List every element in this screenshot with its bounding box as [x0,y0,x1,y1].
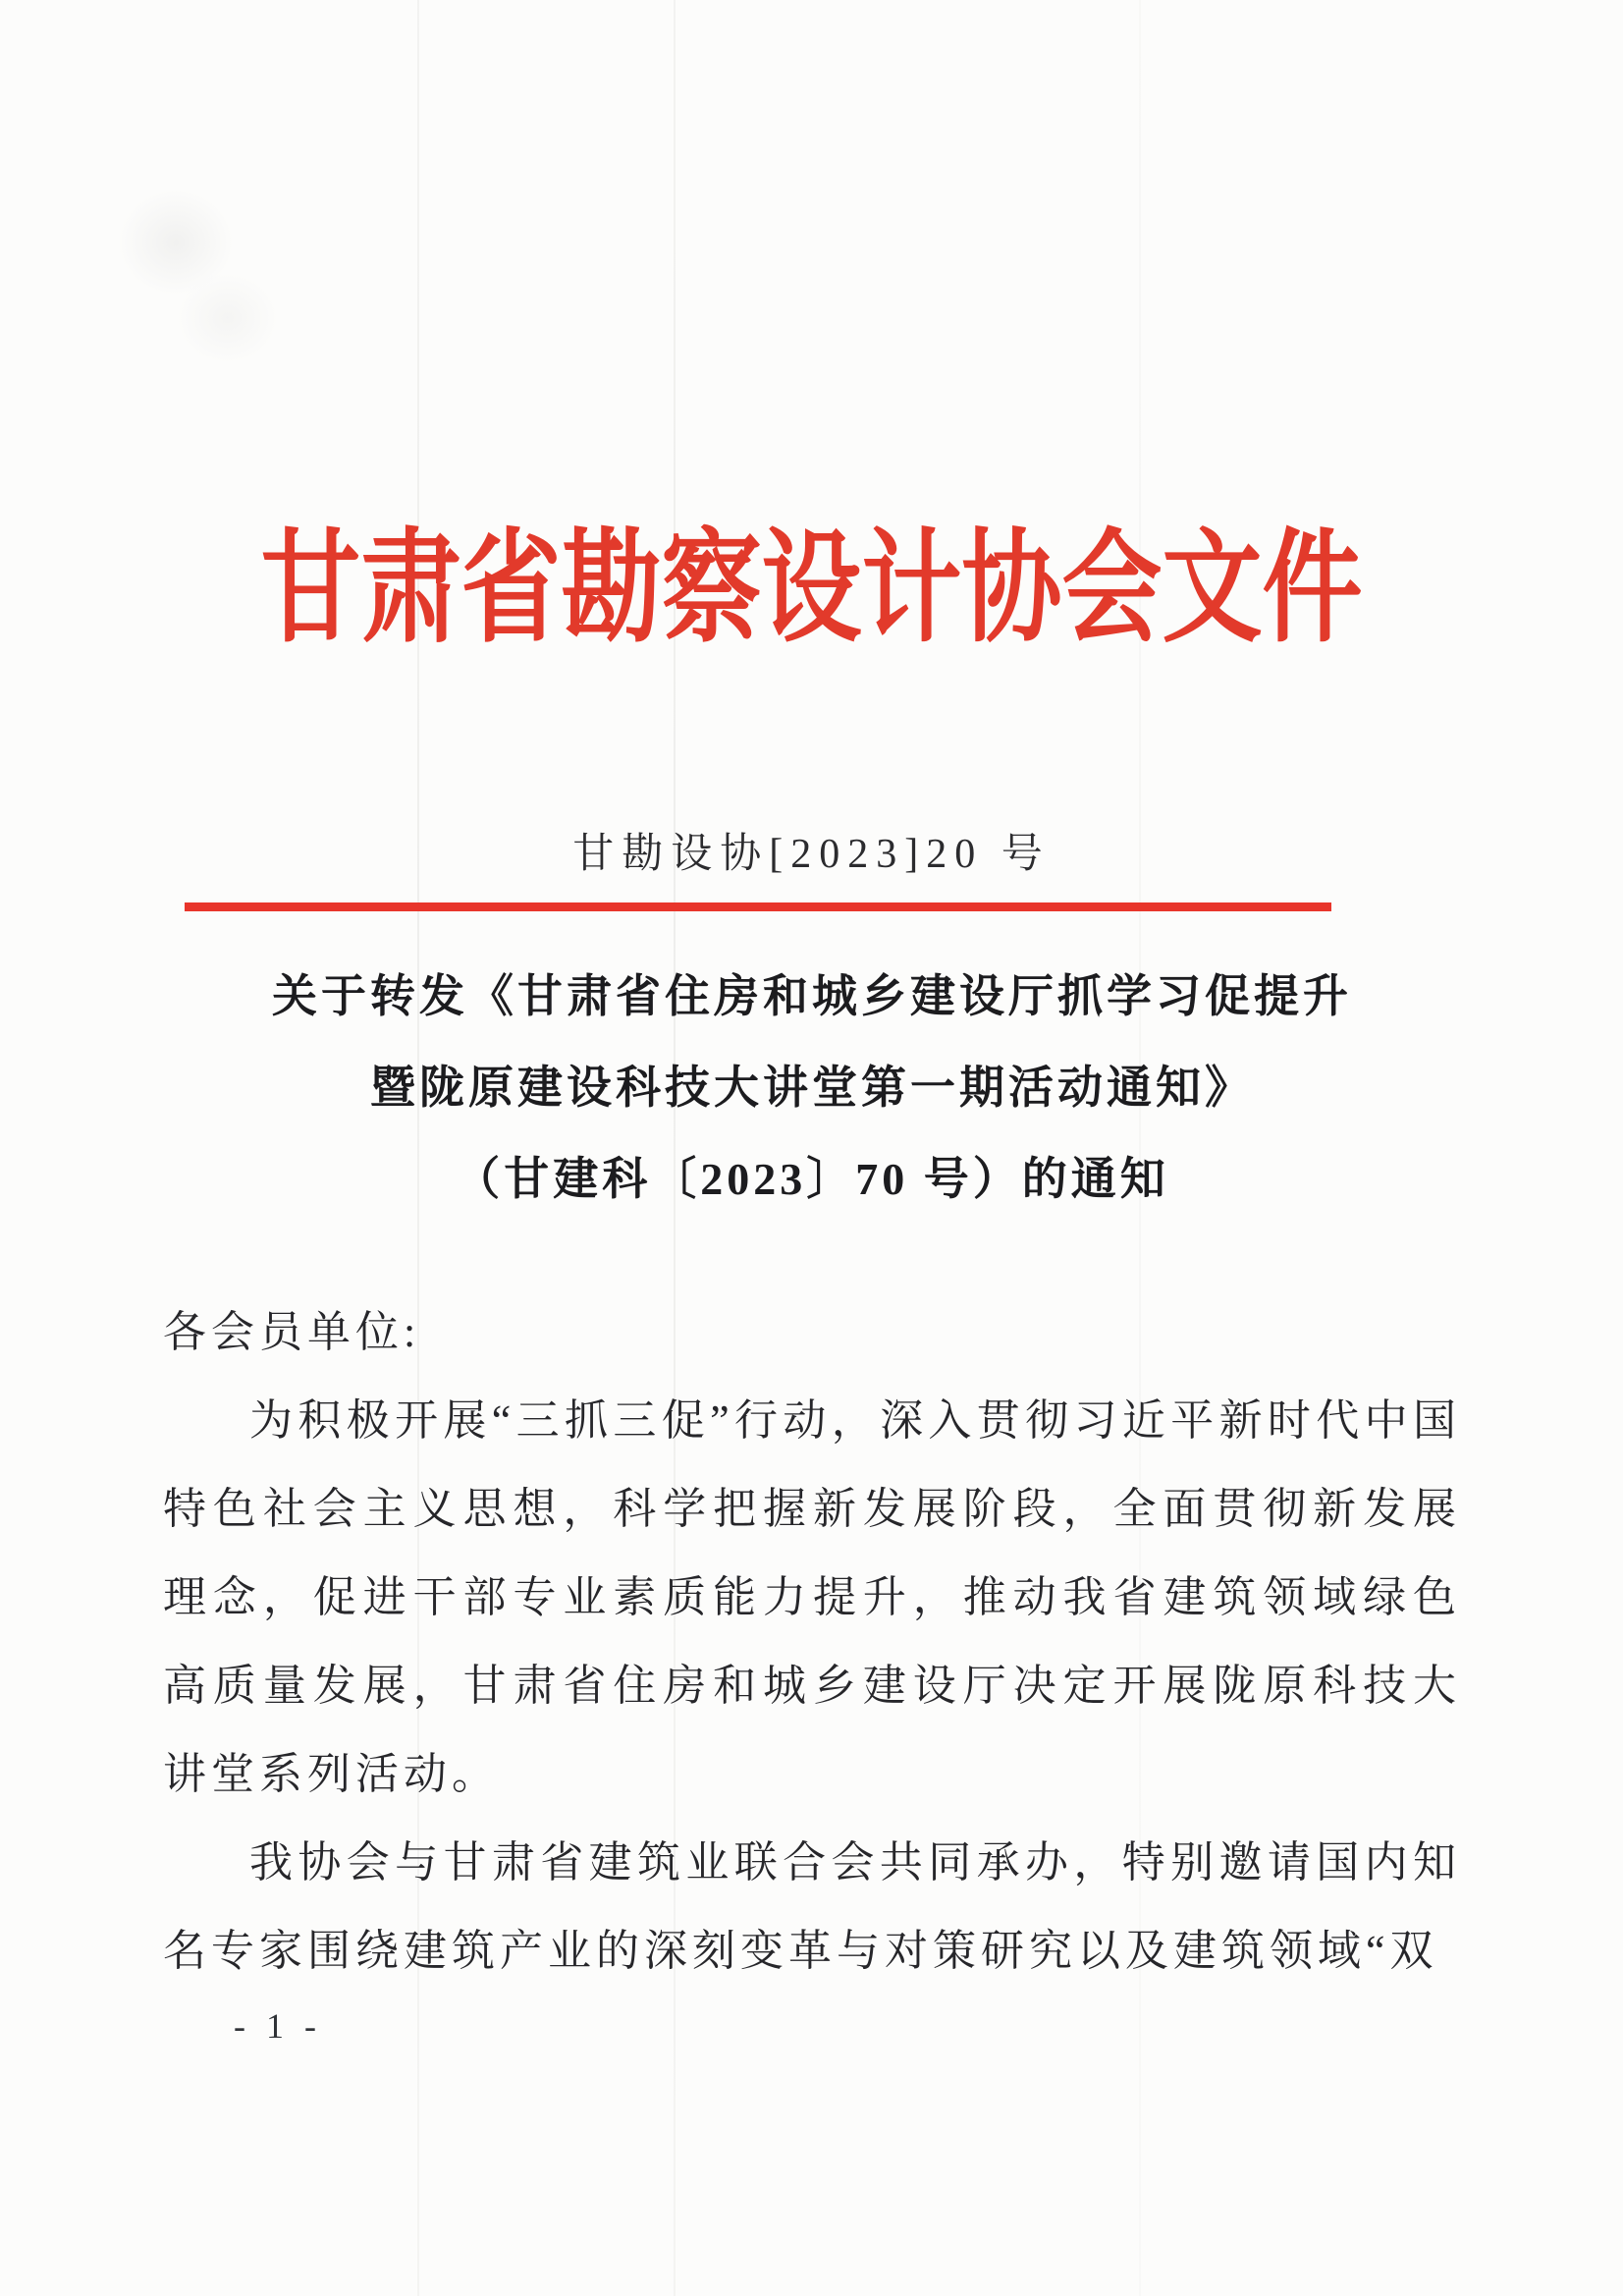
document-body: 各会员单位: 为积极开展“三抓三促”行动，深入贯彻习近平新时代中国特色社会主义思… [163,1288,1461,1995]
document-header-title: 甘肃省勘察设计协会文件 [0,528,1623,653]
body-paragraph-2: 我协会与甘肃省建筑业联合会共同承办，特别邀请国内知名专家围绕建筑产业的深刻变革与… [163,1819,1461,1995]
page-number: - 1 - [234,2005,322,2047]
notice-title-line-1: 关于转发《甘肃省住房和城乡建设厅抓学习促提升 [163,951,1461,1042]
scan-smudge [93,167,299,383]
notice-title: 关于转发《甘肃省住房和城乡建设厅抓学习促提升 暨陇原建设科技大讲堂第一期活动通知… [163,951,1461,1225]
document-number: 甘勘设协[2023]20 号 [0,821,1623,880]
red-divider-line [185,902,1331,911]
notice-title-line-3: （甘建科〔2023〕70 号）的通知 [163,1133,1461,1225]
body-paragraph-1: 为积极开展“三抓三促”行动，深入贯彻习近平新时代中国特色社会主义思想，科学把握新… [163,1377,1461,1819]
notice-title-line-2: 暨陇原建设科技大讲堂第一期活动通知》 [163,1042,1461,1133]
scanned-document-page: 甘肃省勘察设计协会文件 甘勘设协[2023]20 号 关于转发《甘肃省住房和城乡… [0,0,1623,2296]
salutation: 各会员单位: [163,1288,1461,1377]
